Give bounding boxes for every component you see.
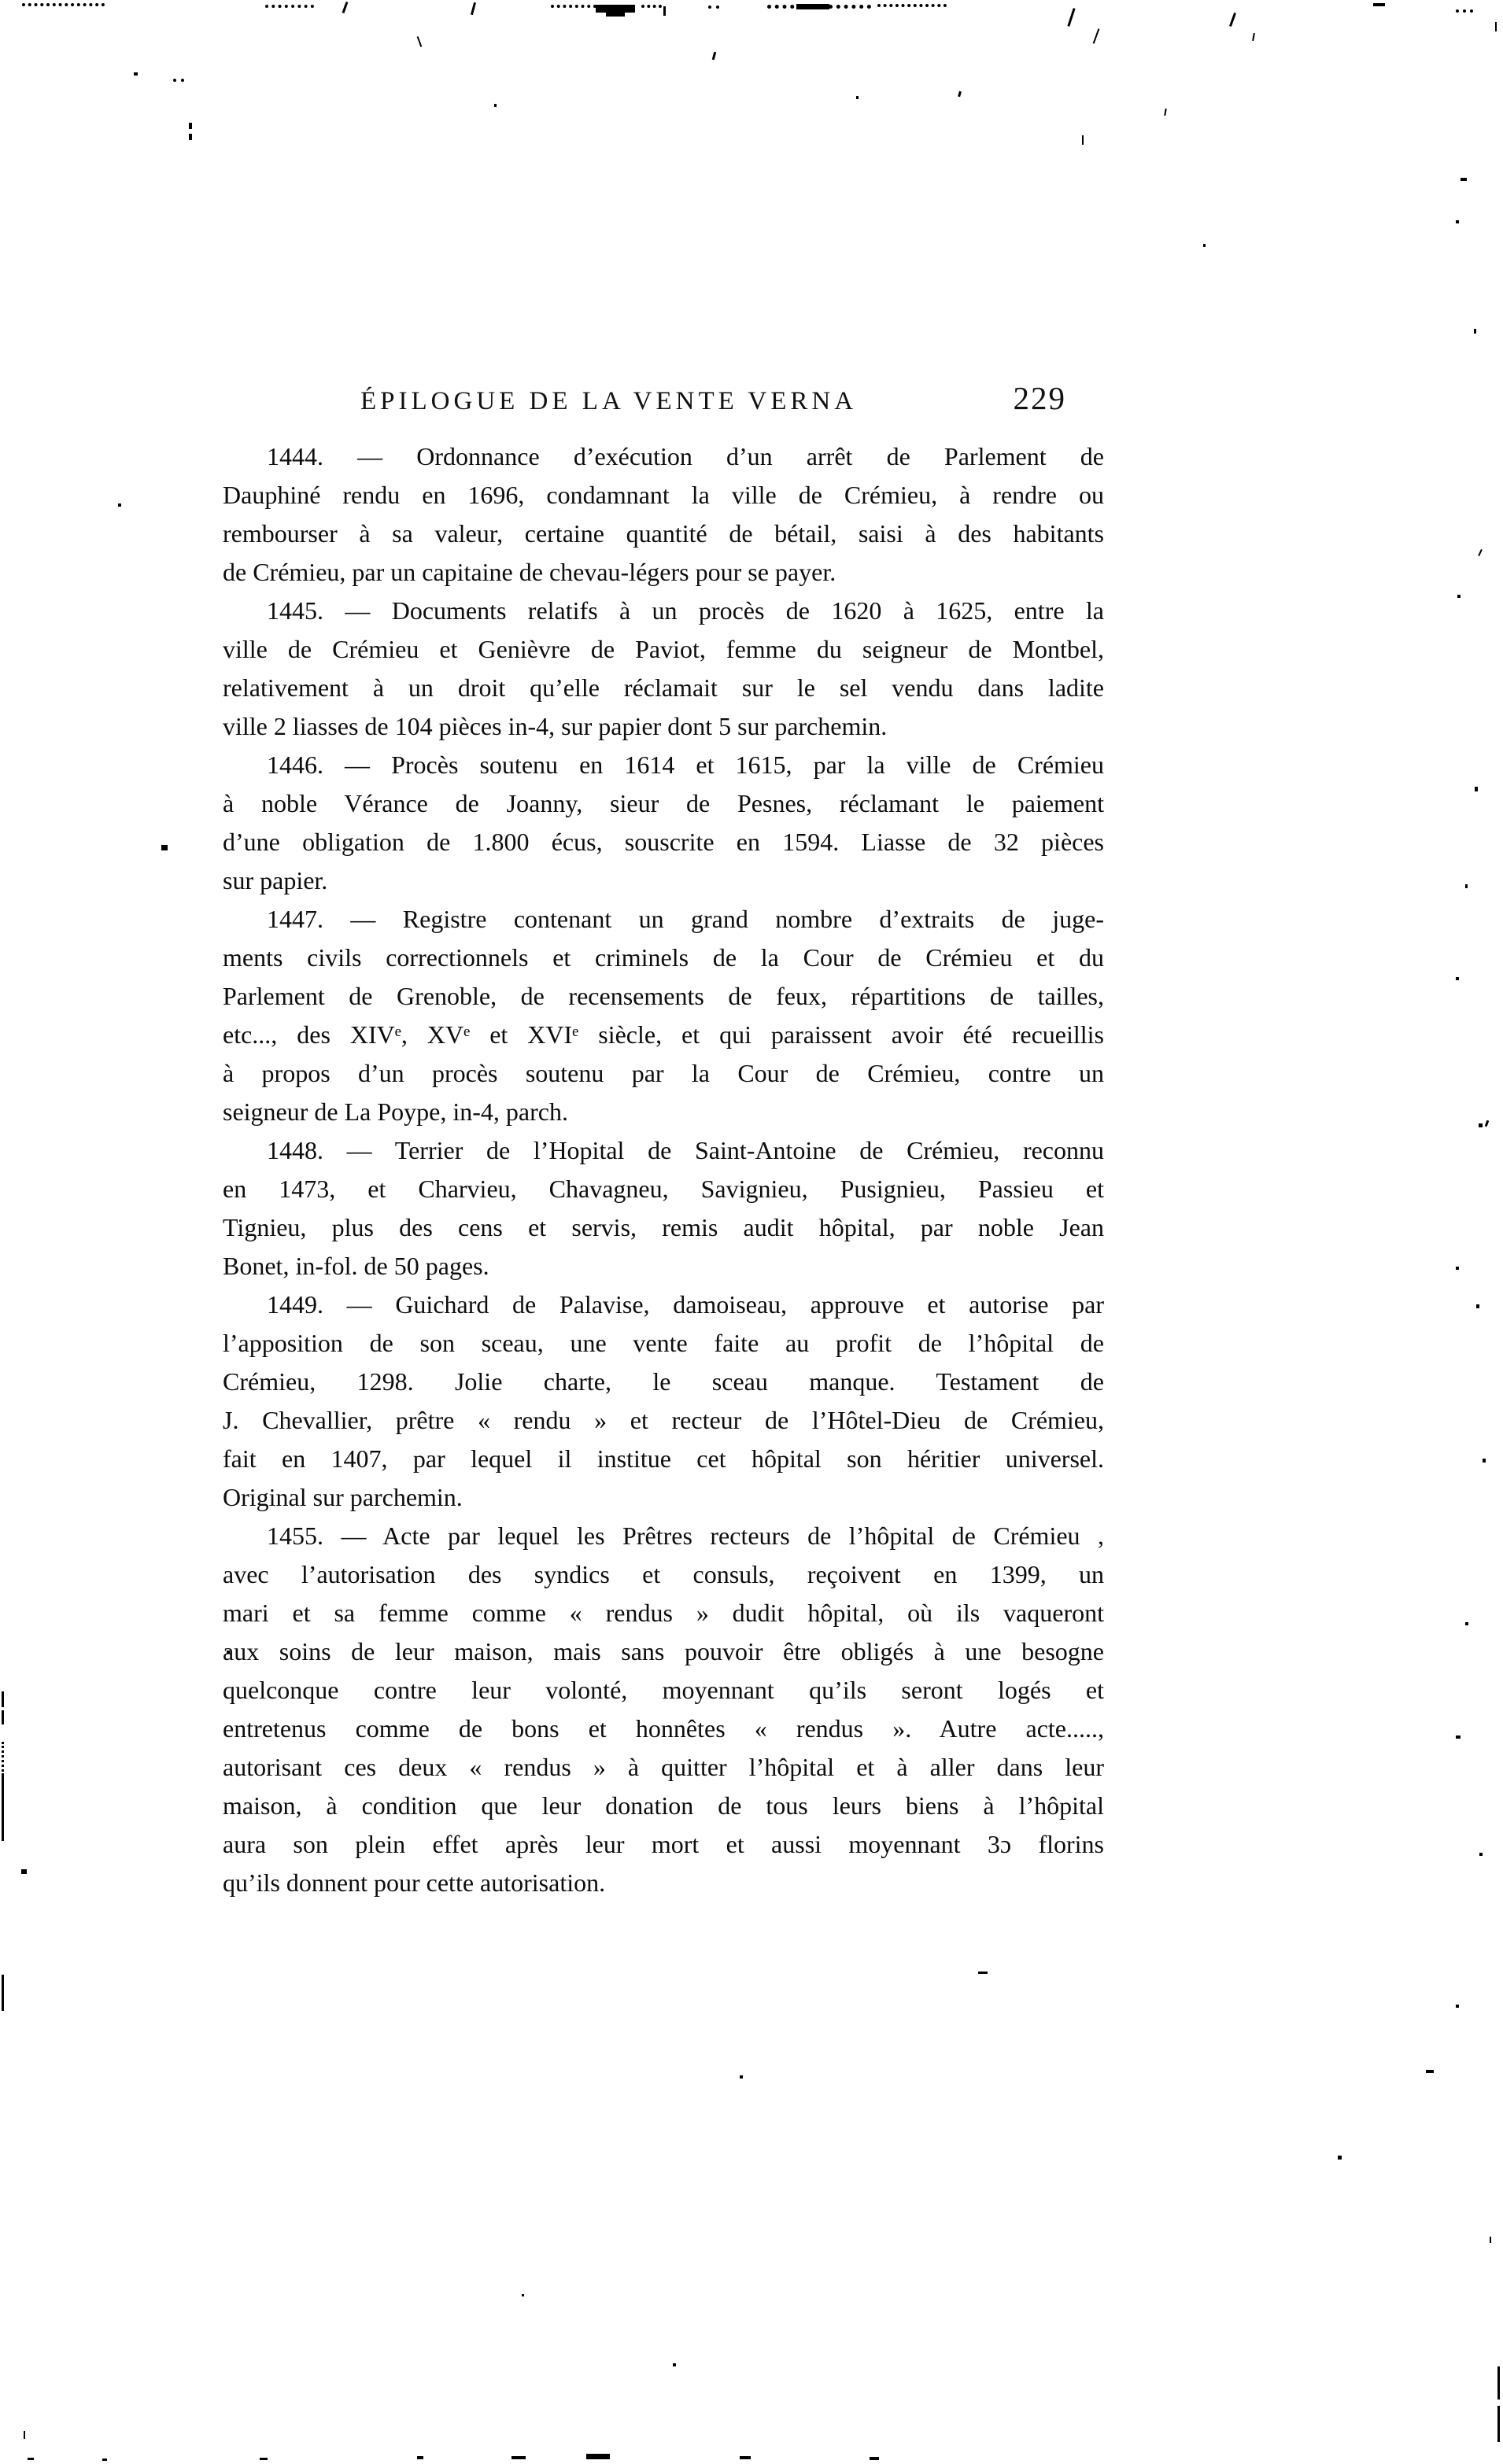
- entry-1447-line-4: etc..., des XIVᵉ, XVᵉ et XVIᵉ siècle, et…: [223, 1016, 1104, 1054]
- scan-artifact: [2, 1773, 4, 1841]
- scan-artifact: [978, 1972, 988, 1974]
- entry-1447-line-5: à propos d’un procès soutenu par la Cour…: [223, 1054, 1104, 1093]
- entry-1455-line-6: entretenus comme de bons et honnêtes « r…: [223, 1710, 1104, 1748]
- scan-artifact: [1164, 109, 1167, 116]
- scan-artifact: [1465, 884, 1468, 888]
- scan-artifact: [663, 6, 666, 16]
- entry-1455-line-9: aura son plein effet après leur mort et …: [223, 1825, 1104, 1864]
- scan-artifact: [1497, 2406, 1500, 2442]
- scan-artifact: [161, 845, 168, 850]
- scan-artifact: [1456, 1267, 1459, 1270]
- scan-artifact: [1475, 787, 1478, 791]
- scan-artifact: [173, 79, 184, 82]
- scan-artifact: [2, 1691, 4, 1707]
- scan-artifact: [1461, 178, 1467, 181]
- entry-1449-line-4: J. Chevallier, prêtre « rendu » et recte…: [223, 1401, 1104, 1440]
- scan-artifact: [1067, 8, 1075, 27]
- scan-artifact: [189, 134, 192, 140]
- scan-artifact: [2, 1710, 4, 1724]
- scan-artifact: [342, 2, 349, 13]
- entry-1445-line-3: relativement à un droit qu’elle réclamai…: [223, 669, 1104, 707]
- entry-1447-line-2: ments civils correctionnels et criminels…: [223, 939, 1104, 977]
- scan-artifact: [1479, 1853, 1483, 1856]
- scan-artifact: [1495, 22, 1497, 31]
- scan-artifact: [28, 2458, 34, 2460]
- entry-1448-line-2: en 1473, et Charvieu, Chavagneu, Savigni…: [223, 1170, 1104, 1208]
- scanned-book-page: ÉPILOGUE DE LA VENTE VERNA 229 1444. — O…: [0, 0, 1503, 2464]
- page-title: ÉPILOGUE DE LA VENTE VERNA: [360, 387, 857, 416]
- scan-artifact: [1082, 135, 1084, 145]
- scan-artifact: [1456, 220, 1459, 223]
- scan-artifact: [1456, 2005, 1459, 2008]
- scan-artifact: [417, 2456, 423, 2459]
- scan-artifact: [1457, 595, 1461, 598]
- entry-1455-line-7: autorisant ces deux « rendus » à quitter…: [223, 1748, 1104, 1787]
- entry-1448-line-3: Tignieu, plus des cens et servis, remis …: [223, 1208, 1104, 1247]
- entry-1449-line-5: fait en 1407, par lequel il institue cet…: [223, 1440, 1104, 1478]
- entry-1449-line-6: Original sur parchemin.: [223, 1478, 1104, 1517]
- entry-1444-line-1: 1444. — Ordonnance d’exécution d’un arrê…: [223, 437, 1104, 476]
- scan-artifact: [596, 5, 635, 13]
- scan-artifact: [1485, 1120, 1490, 1127]
- scan-artifact: [471, 2, 476, 15]
- scan-artifact: [1456, 1735, 1461, 1739]
- scan-artifact: [551, 5, 596, 8]
- scan-artifact: [22, 3, 105, 6]
- running-head: ÉPILOGUE DE LA VENTE VERNA 229: [223, 379, 1104, 417]
- entry-1455-line-8: maison, à condition que leur donation de…: [223, 1787, 1104, 1825]
- scan-artifact: [796, 4, 829, 9]
- scan-artifact: [1252, 33, 1255, 41]
- scan-artifact: [102, 2458, 107, 2461]
- scan-artifact: [1474, 329, 1476, 334]
- entry-1449-line-1: 1449. — Guichard de Palavise, damoiseau,…: [223, 1285, 1104, 1324]
- entry-1448-line-1: 1448. — Terrier de l’Hopital de Saint-An…: [223, 1131, 1104, 1170]
- entry-1449-line-2: l’apposition de son sceau, une vente fai…: [223, 1324, 1104, 1363]
- scan-artifact: [21, 1869, 27, 1874]
- scan-artifact: [1478, 549, 1483, 556]
- entry-1455-line-1: 1455. — Acte par lequel les Prêtres rect…: [223, 1517, 1104, 1555]
- scan-artifact: [1373, 3, 1385, 6]
- scan-artifact: [1483, 1459, 1486, 1463]
- scan-artifact: [712, 52, 716, 60]
- scan-artifact: [1497, 2366, 1500, 2399]
- entry-1447-line-3: Parlement de Grenoble, de recensements d…: [223, 977, 1104, 1016]
- entry-1446-line-3: d’une obligation de 1.800 écus, souscrit…: [223, 823, 1104, 861]
- entry-1444-line-4: de Crémieu, par un capitaine de chevau-l…: [223, 553, 1104, 592]
- entry-1455-line-4: aux soins de leur maison, mais sans pouv…: [223, 1632, 1104, 1671]
- entry-1455-line-2: avec l’autorisation des syndics et consu…: [223, 1555, 1104, 1594]
- scan-artifact: [1093, 28, 1100, 43]
- scan-artifact: [673, 2363, 676, 2366]
- entry-1445-line-2: ville de Crémieu et Genièvre de Paviot, …: [223, 630, 1104, 669]
- entry-1447-line-1: 1447. — Registre contenant un grand nomb…: [223, 900, 1104, 939]
- scan-artifact: [870, 2457, 879, 2460]
- scan-artifact: [24, 2431, 25, 2439]
- scan-artifact: [118, 503, 121, 507]
- scan-artifact: [708, 6, 719, 9]
- scan-artifact: [958, 91, 962, 98]
- page-number: 229: [1014, 379, 1067, 417]
- scan-artifact: [2, 1975, 4, 2011]
- entry-1455-line-5: quelconque contre leur volonté, moyennan…: [223, 1671, 1104, 1710]
- scan-artifact: [740, 2075, 743, 2079]
- scan-artifact: [1490, 2237, 1491, 2243]
- scan-artifact: [265, 5, 314, 8]
- scan-artifact: [260, 2458, 268, 2460]
- entry-1444-line-2: Dauphiné rendu en 1696, condamnant la vi…: [223, 476, 1104, 515]
- scan-artifact: [1229, 13, 1236, 27]
- scan-artifact: [1465, 1622, 1468, 1625]
- scan-artifact: [856, 96, 859, 99]
- scan-artifact: [1479, 1123, 1483, 1127]
- scan-artifact: [767, 5, 871, 9]
- entry-1444-line-3: rembourser à sa valeur, certaine quantit…: [223, 515, 1104, 553]
- scan-artifact: [134, 72, 138, 76]
- entry-1446-line-2: à noble Vérance de Joanny, sieur de Pesn…: [223, 784, 1104, 823]
- scan-artifact: [641, 5, 662, 8]
- entry-1455-line-10: qu’ils donnent pour cette autorisation.: [223, 1864, 1104, 1902]
- entry-1446-line-1: 1446. — Procès soutenu en 1614 et 1615, …: [223, 746, 1104, 784]
- scan-artifact: [1203, 244, 1206, 247]
- scan-artifact: [417, 36, 423, 47]
- scan-artifact: [494, 104, 497, 107]
- scan-artifact: [1476, 1304, 1479, 1308]
- catalog-entries: 1444. — Ordonnance d’exécution d’un arrê…: [223, 437, 1104, 1902]
- entry-1447-line-6: seigneur de La Poype, in-4, parch.: [223, 1093, 1104, 1131]
- entry-1448-line-4: Bonet, in-fol. de 50 pages.: [223, 1247, 1104, 1285]
- entry-1446-line-4: sur papier.: [223, 861, 1104, 900]
- scan-artifact: [740, 2456, 751, 2459]
- scan-artifact: [1456, 977, 1459, 980]
- scan-artifact: [522, 2294, 524, 2296]
- entry-1449-line-3: Crémieu, 1298. Jolie charte, le sceau ma…: [223, 1363, 1104, 1401]
- scan-artifact: [189, 123, 192, 129]
- scan-artifact: [1426, 2070, 1434, 2073]
- scan-artifact: [511, 2456, 526, 2459]
- entry-1445-line-4: ville 2 liasses de 104 pièces in-4, sur …: [223, 707, 1104, 746]
- scan-artifact: [586, 2454, 610, 2459]
- scan-artifact: [606, 12, 625, 17]
- scan-artifact: [2, 1742, 4, 1772]
- scan-artifact: [1338, 2156, 1342, 2160]
- scan-artifact: [1456, 9, 1473, 13]
- entry-1455-line-3: mari et sa femme comme « rendus » dudit …: [223, 1594, 1104, 1632]
- scan-artifact: [877, 4, 947, 7]
- entry-1445-line-1: 1445. — Documents relatifs à un procès d…: [223, 592, 1104, 630]
